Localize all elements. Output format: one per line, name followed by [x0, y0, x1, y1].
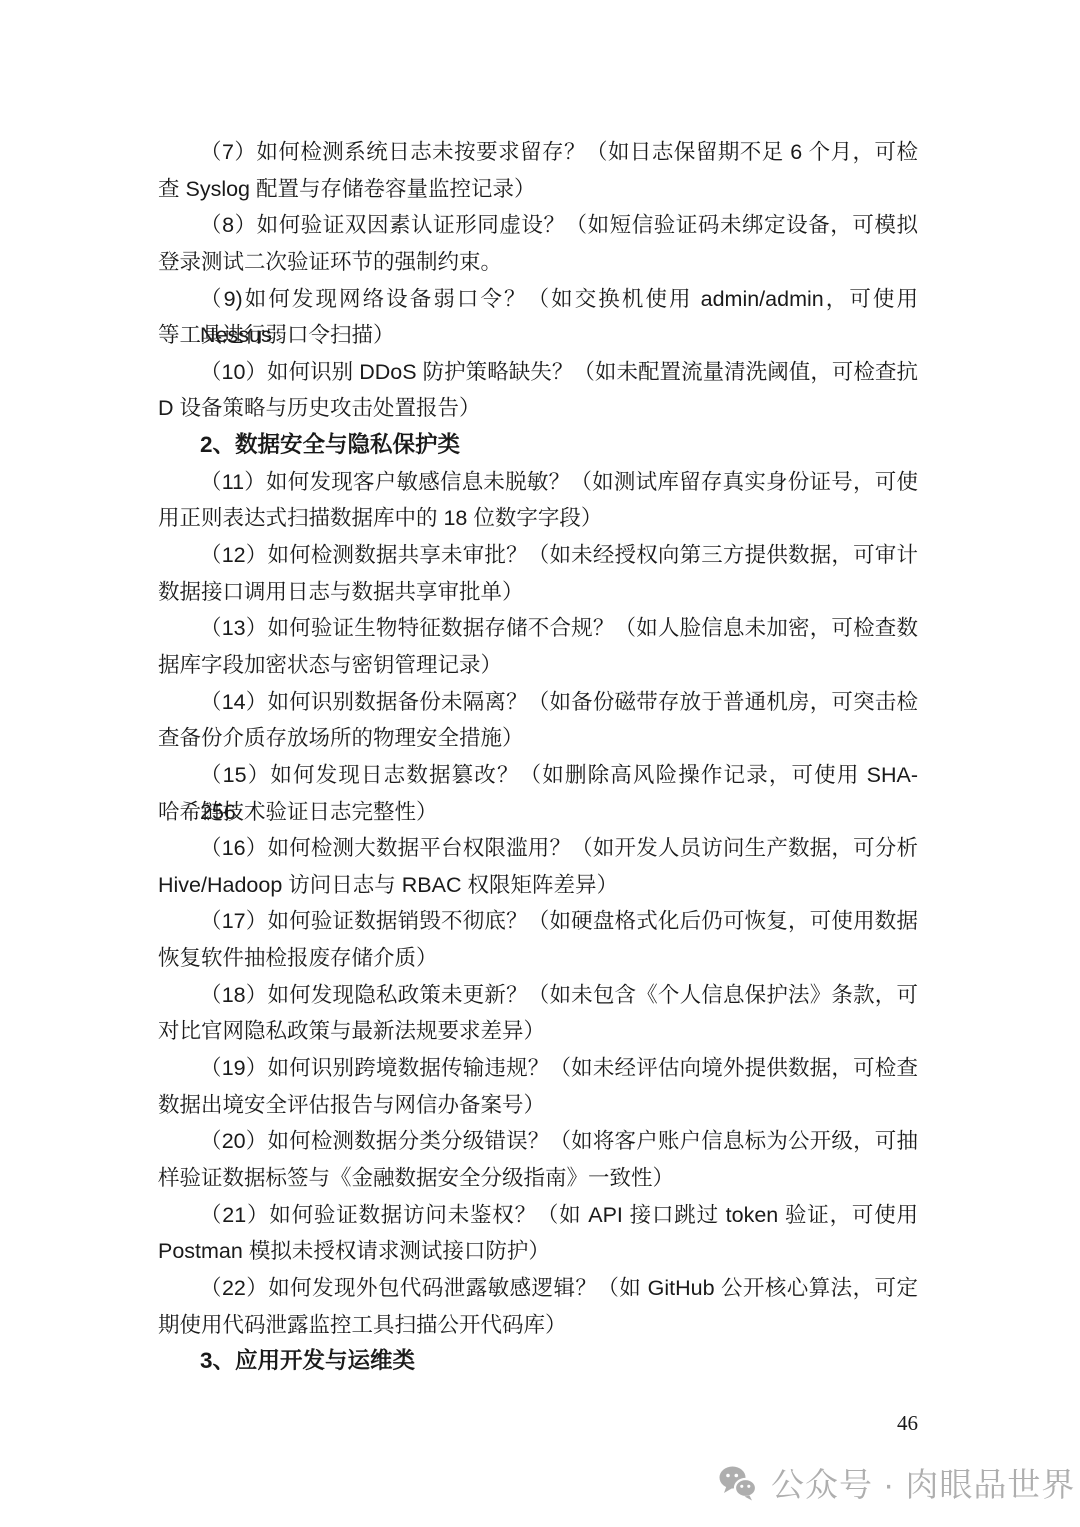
- section-heading: 2、数据安全与隐私保护类: [158, 427, 918, 464]
- text-line: （21）如何验证数据访问未鉴权？（如 API 接口跳过 token 验证，可使用: [158, 1197, 918, 1234]
- text-line: （18）如何发现隐私政策未更新？（如未包含《个人信息保护法》条款，可: [158, 977, 918, 1014]
- text-line: （13）如何验证生物特征数据存储不合规？（如人脸信息未加密，可检查数: [158, 610, 918, 647]
- text-line: （16）如何检测大数据平台权限滥用？（如开发人员访问生产数据，可分析: [158, 830, 918, 867]
- text-line: （12）如何检测数据共享未审批？（如未经授权向第三方提供数据，可审计: [158, 537, 918, 574]
- text-line: （22）如何发现外包代码泄露敏感逻辑？（如 GitHub 公开核心算法，可定: [158, 1270, 918, 1307]
- section-heading: 3、应用开发与运维类: [158, 1343, 918, 1380]
- wechat-icon: [719, 1465, 757, 1501]
- text-line: 期使用代码泄露监控工具扫描公开代码库）: [158, 1307, 918, 1344]
- text-line: 登录测试二次验证环节的强制约束。: [158, 244, 918, 281]
- text-line: 据库字段加密状态与密钥管理记录）: [158, 647, 918, 684]
- text-line: （15）如何发现日志数据篡改？（如删除高风险操作记录，可使用 SHA-256: [158, 757, 918, 794]
- text-line: （14）如何识别数据备份未隔离？（如备份磁带存放于普通机房，可突击检: [158, 684, 918, 721]
- text-line: 用正则表达式扫描数据库中的 18 位数字字段）: [158, 500, 918, 537]
- text-line: （9)如何发现网络设备弱口令？（如交换机使用 admin/admin，可使用 N…: [158, 281, 918, 318]
- watermark-text: 公众号 · 肉眼品世界: [771, 1459, 1075, 1506]
- text-line: 数据出境安全评估报告与网信办备案号）: [158, 1087, 918, 1124]
- text-line: 对比官网隐私政策与最新法规要求差异）: [158, 1013, 918, 1050]
- text-line: 查备份介质存放场所的物理安全措施）: [158, 720, 918, 757]
- text-line: （20）如何检测数据分类分级错误？（如将客户账户信息标为公开级，可抽: [158, 1123, 918, 1160]
- text-line: 数据接口调用日志与数据共享审批单）: [158, 574, 918, 611]
- text-line: （17）如何验证数据销毁不彻底？（如硬盘格式化后仍可恢复，可使用数据: [158, 903, 918, 940]
- text-line: 查 Syslog 配置与存储卷容量监控记录）: [158, 171, 918, 208]
- text-line: （19）如何识别跨境数据传输违规？（如未经评估向境外提供数据，可检查: [158, 1050, 918, 1087]
- text-line: （7）如何检测系统日志未按要求留存？（如日志保留期不足 6 个月，可检: [158, 134, 918, 171]
- text-line: 等工具进行弱口令扫描）: [158, 317, 918, 354]
- text-line: （11）如何发现客户敏感信息未脱敏？（如测试库留存真实身份证号，可使: [158, 464, 918, 501]
- text-line: （8）如何验证双因素认证形同虚设？（如短信验证码未绑定设备，可模拟: [158, 207, 918, 244]
- text-line: （10）如何识别 DDoS 防护策略缺失？（如未配置流量清洗阈值，可检查抗: [158, 354, 918, 391]
- text-line: 哈希链技术验证日志完整性）: [158, 794, 918, 831]
- text-line: Hive/Hadoop 访问日志与 RBAC 权限矩阵差异）: [158, 867, 918, 904]
- text-line: Postman 模拟未授权请求测试接口防护）: [158, 1233, 918, 1270]
- page-number: 46: [158, 1411, 918, 1436]
- text-line: 样验证数据标签与《金融数据安全分级指南》一致性）: [158, 1160, 918, 1197]
- text-line: 恢复软件抽检报废存储介质）: [158, 940, 918, 977]
- document-body: （7）如何检测系统日志未按要求留存？（如日志保留期不足 6 个月，可检查 Sys…: [158, 134, 918, 1380]
- watermark: 公众号 · 肉眼品世界: [719, 1459, 1075, 1506]
- text-line: D 设备策略与历史攻击处置报告）: [158, 390, 918, 427]
- document-page: （7）如何检测系统日志未按要求留存？（如日志保留期不足 6 个月，可检查 Sys…: [0, 0, 1080, 1527]
